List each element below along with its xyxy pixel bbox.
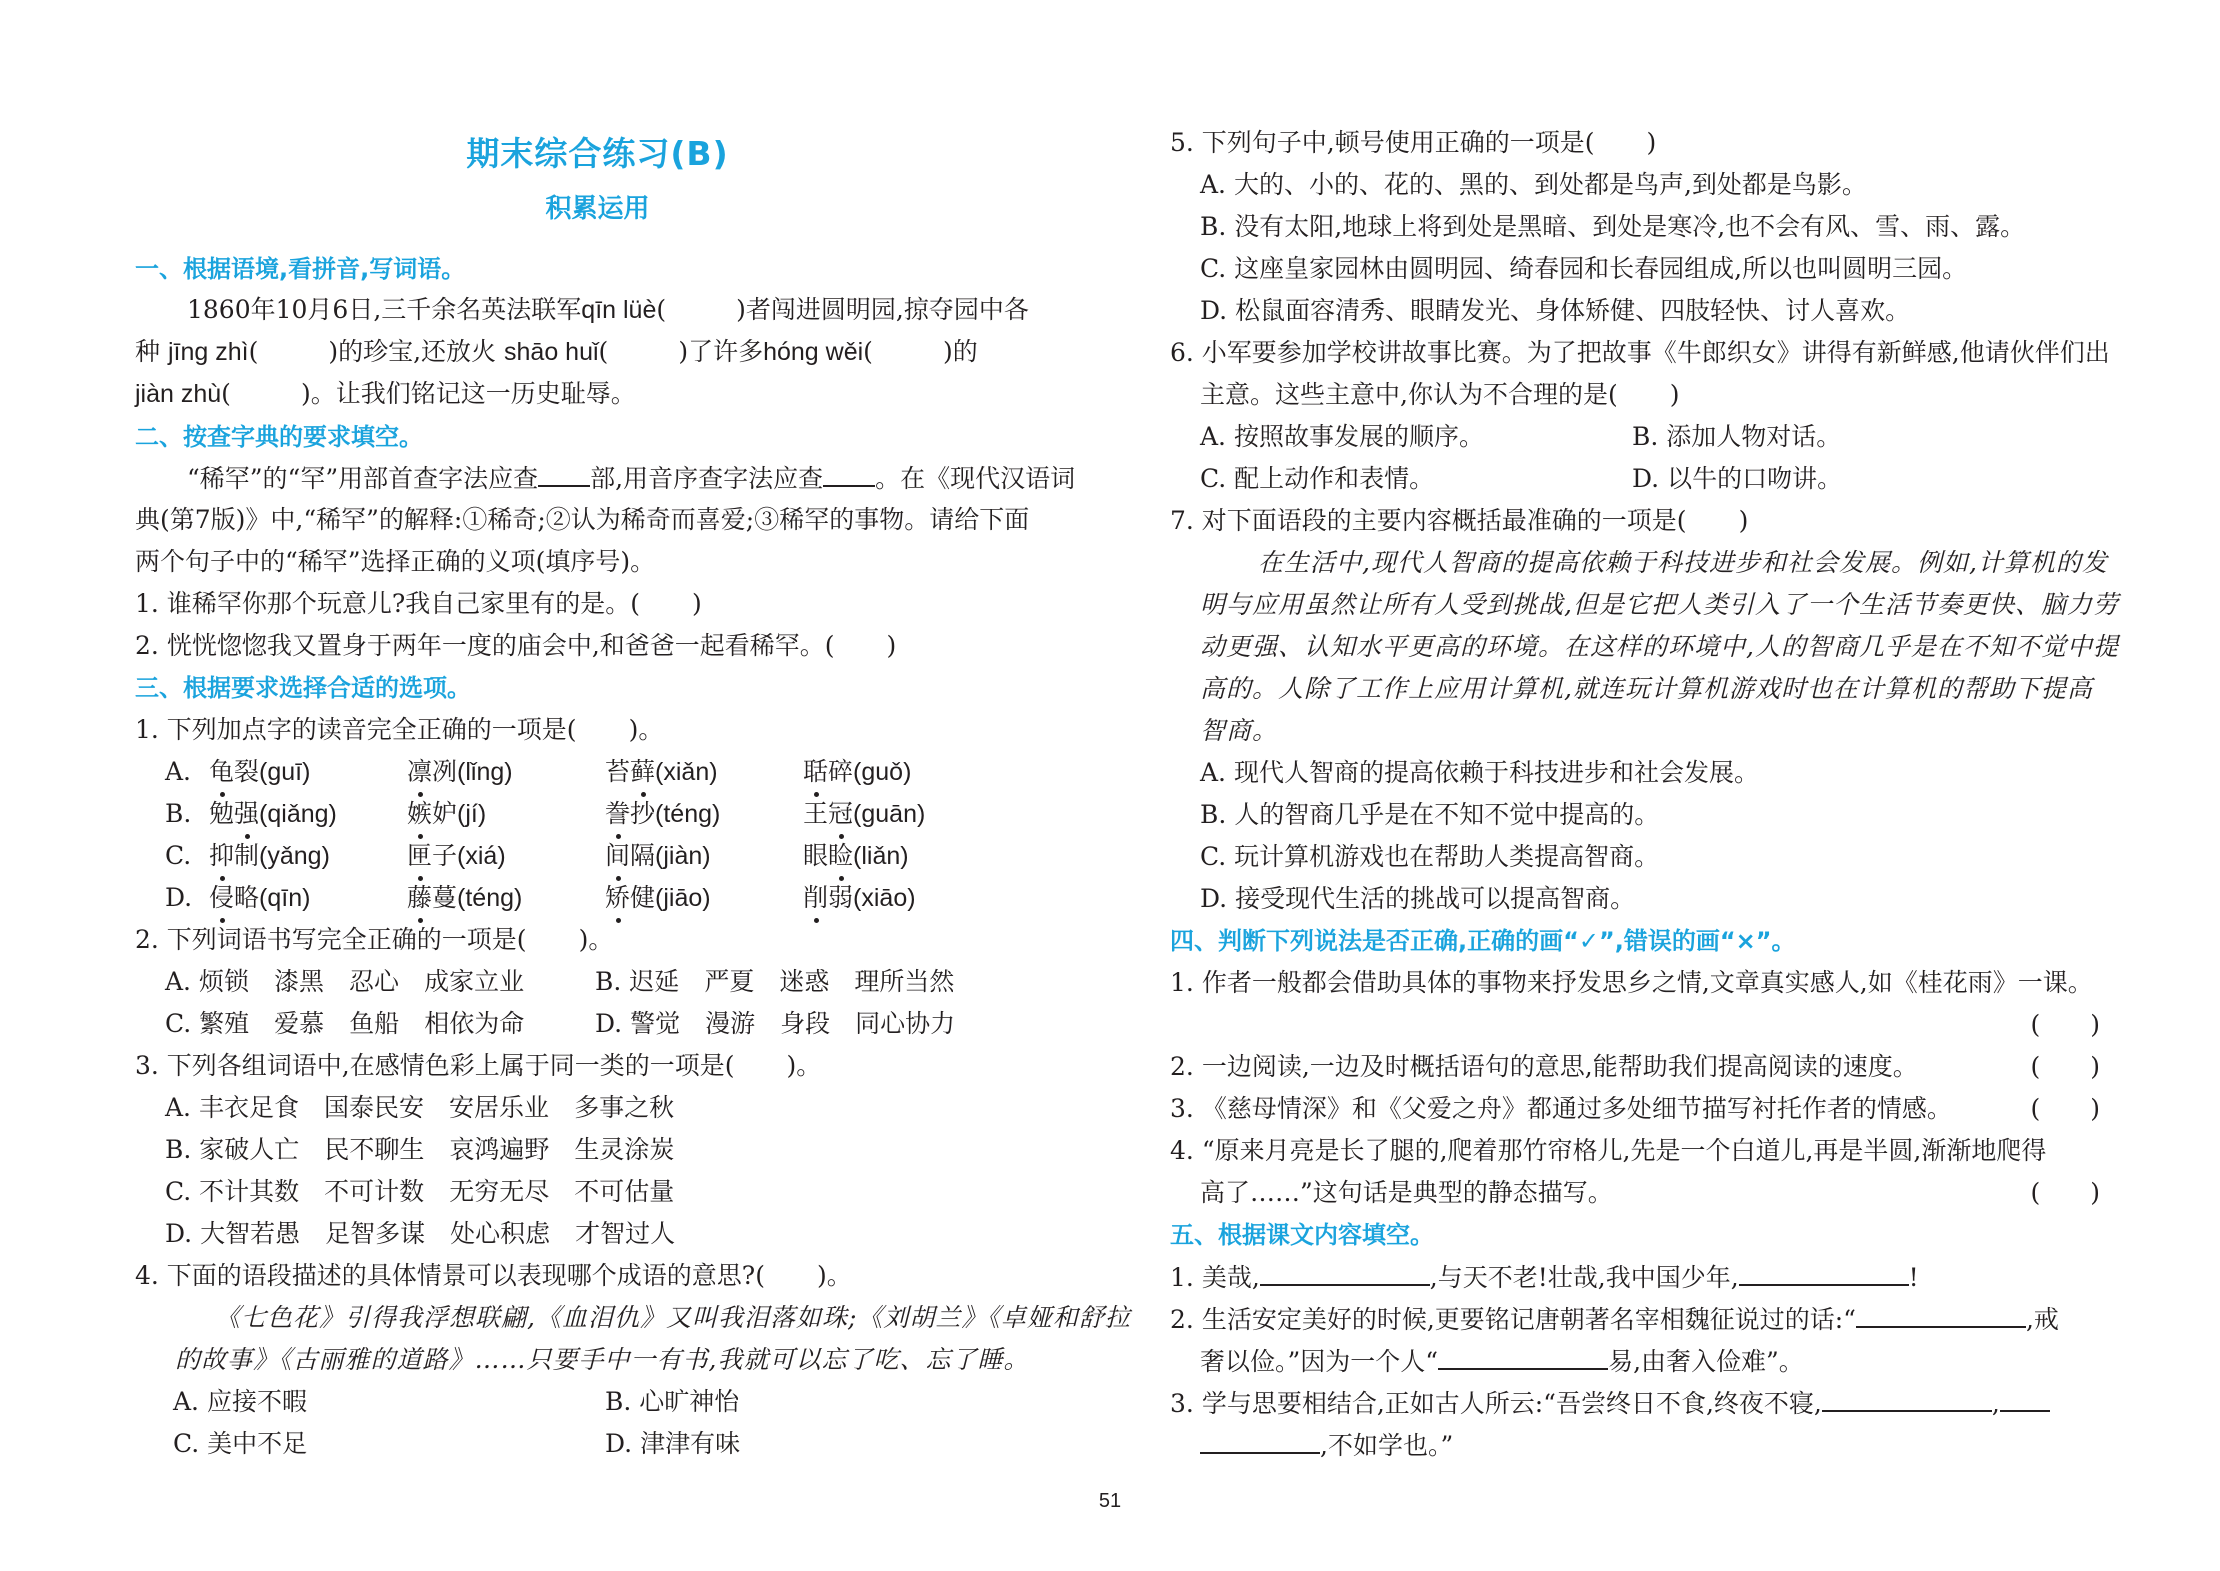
text: !	[1909, 1263, 1919, 1292]
pinyin-word: 侵略(qīn)	[209, 881, 407, 915]
section5-heading: 五、根据课文内容填空。	[1170, 1218, 1434, 1252]
section2-para-line2: 典(第7版)》中,“稀罕”的解释:①稀奇;②认为稀奇而喜爱;③稀罕的事物。请给下…	[135, 503, 1029, 537]
pinyin-word: 王冠(guān)	[803, 797, 925, 831]
text: 4. 下面的语段描述的具体情景可以表现哪个成语的意思?(	[135, 1261, 765, 1290]
q7-stem: 7. 对下面语段的主要内容概括最准确的一项是()	[1170, 504, 1748, 538]
text: D.	[1200, 296, 1227, 325]
text: 2.	[1170, 1052, 1194, 1081]
text: B.	[1200, 212, 1226, 241]
text: 应接不暇	[207, 1387, 307, 1416]
q7-option-a[interactable]: A. 现代人智商的提高依赖于科技进步和社会发展。	[1170, 756, 1759, 790]
q6-option-b[interactable]: B. 添加人物对话。	[1632, 420, 1841, 454]
fill-item-2-line2: 奢以俭。”因为一个人“易,由奢入俭难”。	[1170, 1344, 1804, 1379]
text: B.	[1632, 422, 1658, 451]
judge-item-4-line2: 高了……”这句话是典型的静态描写。( )	[1170, 1176, 2100, 1210]
text: 处心积虑	[450, 1219, 550, 1248]
section1-line3: jiàn zhù()。让我们铭记这一历史耻辱。	[135, 377, 636, 411]
text: 身段	[780, 1009, 830, 1038]
text: 的珍宝,还放火	[338, 337, 496, 366]
text: 爱慕	[274, 1009, 324, 1038]
judge-mark-3[interactable]: ( )	[2030, 1092, 2100, 1126]
q1-option-a[interactable]: A.龟裂(guī)凛冽(lǐng)苔藓(xiǎn)聒碎(guǒ)	[135, 755, 911, 789]
text: 警觉	[630, 1009, 680, 1038]
fill-blank[interactable]	[1438, 1344, 1608, 1370]
text: 接受现代生活的挑战可以提高智商。	[1235, 884, 1635, 913]
text: 才智过人	[575, 1219, 675, 1248]
text: C.	[165, 1177, 191, 1206]
text: 大的、小的、花的、黑的、到处都是鸟声,到处都是鸟影。	[1234, 170, 1867, 199]
pinyin-word: 誊抄(téng)	[605, 797, 803, 831]
q7-passage-line3: 动更强、认知水平更高的环境。在这样的环境中,人的智商几乎是在不知不觉中提	[1170, 630, 2119, 664]
text: 多事之秋	[574, 1093, 674, 1122]
q6-option-a[interactable]: A. 按照故事发展的顺序。	[1200, 420, 1632, 454]
text: ,不如学也。”	[1320, 1431, 1453, 1460]
judge-item-1: 1. 作者一般都会借助具体的事物来抒发思乡之情,文章真实感人,如《桂花雨》一课。	[1170, 966, 2093, 1000]
pinyin-word: 聒碎(guǒ)	[803, 755, 911, 789]
text: ,	[1992, 1389, 2000, 1418]
paren-close: )	[1647, 128, 1657, 157]
text: 一边阅读,一边及时概括语句的意思,能帮助我们提高阅读的速度。	[1202, 1052, 1918, 1081]
text: 不可估量	[574, 1177, 674, 1206]
pinyin-word: 匣子(xiá)	[407, 839, 605, 873]
text: 5. 下列句子中,顿号使用正确的一项是(	[1170, 128, 1595, 157]
text: 3.	[1170, 1389, 1194, 1418]
q3-option-a[interactable]: A. 丰衣足食 国泰民安 安居乐业 多事之秋	[135, 1091, 674, 1125]
q5-option-a[interactable]: A. 大的、小的、花的、黑的、到处都是鸟声,到处都是鸟影。	[1170, 168, 1867, 202]
text: 1.	[1170, 968, 1194, 997]
text: A.	[1200, 422, 1226, 451]
fill-blank[interactable]	[1822, 1386, 1992, 1412]
paren-close: )。	[817, 1261, 852, 1290]
fill-blank[interactable]	[1260, 1260, 1430, 1286]
text: 漆黑	[274, 967, 324, 996]
text: 3.	[1170, 1094, 1194, 1123]
page-subtitle: 积累运用	[135, 188, 1060, 225]
text: 成家立业	[424, 967, 524, 996]
text: 高了……”这句话是典型的静态描写。	[1200, 1178, 1613, 1207]
section1-heading: 一、根据语境,看拼音,写词语。	[135, 252, 465, 286]
text: 繁殖	[199, 1009, 249, 1038]
text: 奢以俭。”因为一个人“	[1200, 1347, 1438, 1376]
text: 鱼船	[349, 1009, 399, 1038]
section2-para-line1: “稀罕”的“罕”用部首查字法应查部,用音序查字法应查。在《现代汉语词	[135, 461, 1075, 496]
text: 主意。这些主意中,你认为不合理的是(	[1200, 380, 1618, 409]
paren-close: )	[1739, 506, 1749, 535]
text: “稀罕”的“罕”用部首查字法应查	[187, 464, 538, 493]
q1-option-b[interactable]: B.勉强(qiǎng)嫉妒(jí)誊抄(téng)王冠(guān)	[135, 797, 925, 831]
text: 添加人物对话。	[1666, 422, 1841, 451]
q3-option-c[interactable]: C. 不计其数 不可计数 无穷无尽 不可估量	[135, 1175, 674, 1209]
text: 谁稀罕你那个玩意儿?我自己家里有的是。	[167, 589, 630, 618]
pinyin-word: 间隔(jiàn)	[605, 839, 803, 873]
text: C.	[1200, 464, 1226, 493]
text: 同心协力	[855, 1009, 955, 1038]
text: 人的智商几乎是在不知不觉中提高的。	[1234, 800, 1659, 829]
text: 漫游	[705, 1009, 755, 1038]
text: 松鼠面容清秀、眼睛发光、身体矫健、四肢轻快、讨人喜欢。	[1235, 296, 1910, 325]
fill-item-3: 3. 学与思要相结合,正如古人所云:“吾尝终日不食,终夜不寝,,	[1170, 1386, 2050, 1421]
q4-option-row2: C. 美中不足D. 津津有味	[135, 1427, 740, 1461]
text: 没有太阳,地球上将到处是黑暗、到处是寒冷,也不会有风、雪、雨、露。	[1234, 212, 2025, 241]
q4-stem: 4. 下面的语段描述的具体情景可以表现哪个成语的意思?()。	[135, 1259, 852, 1293]
text: 按照故事发展的顺序。	[1234, 422, 1484, 451]
judge-mark-1[interactable]: ( )	[2030, 1008, 2100, 1042]
text: D.	[1200, 884, 1227, 913]
option-label: A.	[165, 755, 209, 789]
judge-mark-2[interactable]: ( )	[2030, 1050, 2100, 1084]
fill-blank[interactable]	[2000, 1386, 2050, 1412]
q7-passage-line1: 在生活中,现代人智商的提高依赖于科技进步和社会发展。例如,计算机的发	[1170, 546, 2108, 580]
text: 1. 下列加点字的读音完全正确的一项是(	[135, 715, 577, 744]
q2-option-c[interactable]: C. 繁殖 爱慕 鱼船 相依为命	[165, 1007, 595, 1041]
fill-item-2: 2. 生活安定美好的时候,更要铭记唐朝著名宰相魏征说过的话:“,戒	[1170, 1302, 2059, 1337]
q4-passage-line1: 《七色花》引得我浮想联翩,《血泪仇》又叫我泪落如珠;《刘胡兰》《卓娅和舒拉	[135, 1301, 1131, 1335]
text: 部,用音序查字法应查	[590, 464, 823, 493]
section1-line1: 1860年10月6日,三千余名英法联军qīn lüè()者闯进圆明园,掠夺园中各	[135, 293, 1029, 327]
text: 的	[953, 337, 978, 366]
paren-open: (	[630, 589, 640, 618]
pinyin: jīng zhì	[168, 338, 249, 366]
q3-option-d[interactable]: D. 大智若愚 足智多谋 处心积虑 才智过人	[135, 1217, 675, 1251]
option-label: D.	[165, 881, 209, 915]
text: 了许多	[688, 337, 763, 366]
paren-close: )。	[579, 925, 614, 954]
text: 心旷神怡	[639, 1387, 739, 1416]
pinyin-word: 削弱(xiāo)	[803, 881, 916, 915]
q4-option-row1: A. 应接不暇B. 心旷神怡	[135, 1385, 739, 1419]
phonetic-blank[interactable]	[823, 461, 875, 487]
text: “原来月亮是长了腿的,爬着那竹帘格儿,先是一个白道儿,再是半圆,渐渐地爬得	[1202, 1136, 2047, 1165]
q4-option-c[interactable]: C. 美中不足	[173, 1427, 605, 1461]
text: 学与思要相结合,正如古人所云:“吾尝终日不食,终夜不寝,	[1202, 1389, 1822, 1418]
q5-option-c[interactable]: C. 这座皇家园林由圆明园、绮春园和长春园组成,所以也叫圆明三园。	[1170, 252, 1967, 286]
text: 理所当然	[854, 967, 954, 996]
text: C.	[173, 1429, 199, 1458]
text: 大智若愚	[200, 1219, 300, 1248]
q6-option-c[interactable]: C. 配上动作和表情。	[1200, 462, 1632, 496]
q7-passage-line4: 高的。人除了工作上应用计算机,就连玩计算机游戏时也在计算机的帮助下提高	[1170, 672, 2093, 706]
pinyin: qīn lüè	[581, 296, 656, 324]
text: 足智多谋	[325, 1219, 425, 1248]
text: 4.	[1170, 1136, 1194, 1165]
text: B.	[605, 1387, 631, 1416]
q7-passage-line5: 智商。	[1170, 714, 1278, 748]
text: B.	[1200, 800, 1226, 829]
section2-heading: 二、按查字典的要求填空。	[135, 420, 423, 454]
q4-option-b[interactable]: B. 心旷神怡	[605, 1385, 739, 1419]
text: 美哉,	[1202, 1263, 1260, 1292]
q6-option-row1: A. 按照故事发展的顺序。B. 添加人物对话。	[1170, 420, 1841, 454]
paren-close: )。	[787, 1051, 822, 1080]
paren-close: )	[1670, 380, 1680, 409]
q6-stem-line2: 主意。这些主意中,你认为不合理的是()	[1170, 378, 1679, 412]
q2-option-d[interactable]: D. 警觉 漫游 身段 同心协力	[595, 1007, 955, 1041]
text: 津津有味	[640, 1429, 740, 1458]
q4-passage-line2: 的故事》《古丽雅的道路》……只要手中一有书,我就可以忘了吃、忘了睡。	[135, 1343, 1029, 1377]
section1-line2: 种 jīng zhì()的珍宝,还放火 shāo huǐ()了许多hóng wě…	[135, 335, 978, 369]
judge-mark-4[interactable]: ( )	[2030, 1176, 2100, 1210]
judge-item-3: 3. 《慈母情深》和《父爱之舟》都通过多处细节描写衬托作者的情感。( )	[1170, 1092, 2100, 1126]
pinyin-word: 龟裂(guī)	[209, 755, 407, 789]
text: 无穷无尽	[449, 1177, 549, 1206]
text: 作者一般都会借助具体的事物来抒发思乡之情,文章真实感人,如《桂花雨》一课。	[1202, 968, 2093, 997]
pinyin-word: 抑制(yǎng)	[209, 839, 407, 873]
text: 7. 对下面语段的主要内容概括最准确的一项是(	[1170, 506, 1687, 535]
text: 2.	[1170, 1305, 1194, 1334]
paren-close: )	[887, 631, 897, 660]
text: 易,由奢入俭难”。	[1608, 1347, 1804, 1376]
text: 《慈母情深》和《父爱之舟》都通过多处细节描写衬托作者的情感。	[1202, 1094, 1952, 1123]
text: A.	[1200, 170, 1226, 199]
text: ,戒	[2026, 1305, 2059, 1334]
pinyin-word: 苔藓(xiǎn)	[605, 755, 803, 789]
text: D.	[1632, 464, 1659, 493]
pinyin-word: 勉强(qiǎng)	[209, 797, 407, 831]
q3-option-b[interactable]: B. 家破人亡 民不聊生 哀鸿遍野 生灵涂炭	[135, 1133, 674, 1167]
text: C.	[165, 1009, 191, 1038]
q6-option-d[interactable]: D. 以牛的口吻讲。	[1632, 462, 1842, 496]
paren-close: )	[692, 589, 702, 618]
pinyin-word: 藤蔓(téng)	[407, 881, 605, 915]
text: 1860年10月6日,三千余名英法联军	[187, 295, 581, 324]
page-title: 期末综合练习(B)	[135, 128, 1060, 175]
text: ,与天不老!壮哉,我中国少年,	[1430, 1263, 1739, 1292]
fill-item-1: 1. 美哉,,与天不老!壮哉,我中国少年,!	[1170, 1260, 1919, 1295]
text: 种	[135, 337, 160, 366]
text: C.	[1200, 254, 1226, 283]
text: 以牛的口吻讲。	[1667, 464, 1842, 493]
pinyin: jiàn zhù	[135, 380, 221, 408]
judge-item-2: 2. 一边阅读,一边及时概括语句的意思,能帮助我们提高阅读的速度。( )	[1170, 1050, 2100, 1084]
text: 严夏	[704, 967, 754, 996]
text: A.	[173, 1387, 199, 1416]
text: 不可计数	[324, 1177, 424, 1206]
section2-item-1: 1. 谁稀罕你那个玩意儿?我自己家里有的是。()	[135, 587, 702, 621]
text: A.	[165, 1093, 191, 1122]
text: 现代人智商的提高依赖于科技进步和社会发展。	[1234, 758, 1759, 787]
fill-blank[interactable]	[1200, 1428, 1320, 1454]
pinyin-word: 矫健(jiāo)	[605, 881, 803, 915]
text: D.	[595, 1009, 622, 1038]
text: 者闯进圆明园,掠夺园中各	[746, 295, 1029, 324]
q7-option-d[interactable]: D. 接受现代生活的挑战可以提高智商。	[1170, 882, 1635, 916]
text: 烦锁	[199, 967, 249, 996]
pinyin: hóng wěi	[763, 338, 863, 366]
text: 忍心	[349, 967, 399, 996]
text: 生活安定美好的时候,更要铭记唐朝著名宰相魏征说过的话:“	[1202, 1305, 1856, 1334]
pinyin-word: 嫉妒(jí)	[407, 797, 605, 831]
q6-option-row2: C. 配上动作和表情。D. 以牛的口吻讲。	[1170, 462, 1842, 496]
text: 迷惑	[779, 967, 829, 996]
item-number: 1.	[135, 589, 159, 618]
text: A.	[1200, 758, 1226, 787]
q2-option-row1: A. 烦锁 漆黑 忍心 成家立业B. 迟延 严夏 迷惑 理所当然	[135, 965, 954, 999]
text: 丰衣足食	[199, 1093, 299, 1122]
section2-item-2: 2. 恍恍惚惚我又置身于两年一度的庙会中,和爸爸一起看稀罕。()	[135, 629, 896, 663]
q2-option-row2: C. 繁殖 爱慕 鱼船 相依为命D. 警觉 漫游 身段 同心协力	[135, 1007, 955, 1041]
text: 安居乐业	[449, 1093, 549, 1122]
text: D.	[605, 1429, 632, 1458]
q7-option-c[interactable]: C. 玩计算机游戏也在帮助人类提高智商。	[1170, 840, 1659, 874]
q1-option-c[interactable]: C.抑制(yǎng)匣子(xiá)间隔(jiàn)眼睑(liǎn)	[135, 839, 909, 873]
q2-option-b[interactable]: B. 迟延 严夏 迷惑 理所当然	[595, 965, 954, 999]
q1-option-d[interactable]: D.侵略(qīn)藤蔓(téng)矫健(jiāo)削弱(xiāo)	[135, 881, 916, 915]
q2-option-a[interactable]: A. 烦锁 漆黑 忍心 成家立业	[165, 965, 595, 999]
text: 不计其数	[199, 1177, 299, 1206]
text: 国泰民安	[324, 1093, 424, 1122]
pinyin-word: 眼睑(liǎn)	[803, 839, 909, 873]
pinyin: shāo huǐ	[504, 338, 599, 366]
section4-heading: 四、判断下列说法是否正确,正确的画“✓”,错误的画“×”。	[1170, 924, 1796, 958]
q7-passage-line2: 明与应用虽然让所有人受到挑战,但是它把人类引入了一个生活节奏更快、脑力劳	[1170, 588, 2119, 622]
paren-close: )。	[629, 715, 664, 744]
text: 相依为命	[424, 1009, 524, 1038]
section2-para-line3: 两个句子中的“稀罕”选择正确的义项(填序号)。	[135, 545, 655, 579]
q5-option-d[interactable]: D. 松鼠面容清秀、眼睛发光、身体矫健、四肢轻快、讨人喜欢。	[1170, 294, 1910, 328]
text: 迟延	[629, 967, 679, 996]
text: D.	[165, 1219, 192, 1248]
paren-open: (	[825, 631, 835, 660]
q3-stem: 3. 下列各组词语中,在感情色彩上属于同一类的一项是()。	[135, 1049, 821, 1083]
text: 恍恍惚惚我又置身于两年一度的庙会中,和爸爸一起看稀罕。	[167, 631, 825, 660]
q5-option-b[interactable]: B. 没有太阳,地球上将到处是黑暗、到处是寒冷,也不会有风、雪、雨、露。	[1170, 210, 2025, 244]
fill-blank[interactable]	[1739, 1260, 1909, 1286]
option-label: C.	[165, 839, 209, 873]
q4-option-a[interactable]: A. 应接不暇	[173, 1385, 605, 1419]
pinyin-word: 凛冽(lǐng)	[407, 755, 605, 789]
fill-item-3-line2: ,不如学也。”	[1170, 1428, 1453, 1463]
item-number: 2.	[135, 631, 159, 660]
text: 生灵涂炭	[574, 1135, 674, 1164]
q2-stem: 2. 下列词语书写完全正确的一项是()。	[135, 923, 613, 957]
text: 。在《现代汉语词	[875, 464, 1075, 493]
text: 玩计算机游戏也在帮助人类提高智商。	[1234, 842, 1659, 871]
text: 1.	[1170, 1263, 1194, 1292]
text: B.	[595, 967, 621, 996]
text: C.	[1200, 842, 1226, 871]
page-number: 51	[0, 1490, 2220, 1513]
text: B.	[165, 1135, 191, 1164]
q6-stem-line1: 6. 小军要参加学校讲故事比赛。为了把故事《牛郎织女》讲得有新鲜感,他请伙伴们出	[1170, 336, 2110, 370]
text: 民不聊生	[324, 1135, 424, 1164]
text: 。让我们铭记这一历史耻辱。	[311, 379, 636, 408]
text: 3. 下列各组词语中,在感情色彩上属于同一类的一项是(	[135, 1051, 735, 1080]
text: A.	[165, 967, 191, 996]
fill-blank[interactable]	[1856, 1302, 2026, 1328]
text: 这座皇家园林由圆明园、绮春园和长春园组成,所以也叫圆明三园。	[1234, 254, 1967, 283]
text: 美中不足	[207, 1429, 307, 1458]
q5-stem: 5. 下列句子中,顿号使用正确的一项是()	[1170, 126, 1656, 160]
radical-blank[interactable]	[538, 461, 590, 487]
text: 2. 下列词语书写完全正确的一项是(	[135, 925, 527, 954]
section3-heading: 三、根据要求选择合适的选项。	[135, 671, 471, 705]
option-label: B.	[165, 797, 209, 831]
q4-option-d[interactable]: D. 津津有味	[605, 1427, 740, 1461]
q7-option-b[interactable]: B. 人的智商几乎是在不知不觉中提高的。	[1170, 798, 1659, 832]
judge-item-4: 4. “原来月亮是长了腿的,爬着那竹帘格儿,先是一个白道儿,再是半圆,渐渐地爬得	[1170, 1134, 2046, 1168]
q1-stem: 1. 下列加点字的读音完全正确的一项是()。	[135, 713, 663, 747]
text: 配上动作和表情。	[1234, 464, 1434, 493]
text: 家破人亡	[199, 1135, 299, 1164]
text: 哀鸿遍野	[449, 1135, 549, 1164]
